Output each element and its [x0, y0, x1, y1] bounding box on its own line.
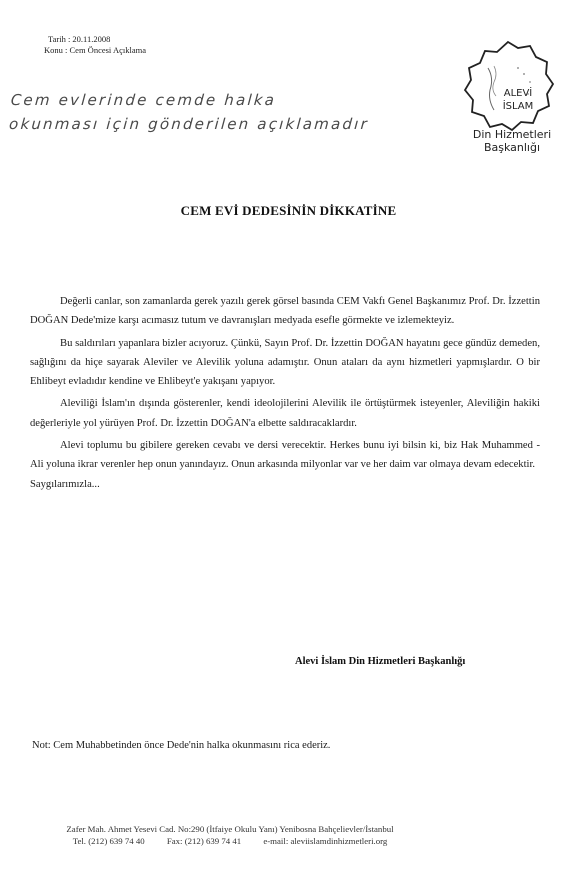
footer-email: e-mail: aleviislamdinhizmetleri.org: [263, 836, 387, 846]
letter-body: Değerli canlar, son zamanlarda gerek yaz…: [30, 292, 540, 497]
closing-line: Saygılarımızla...: [30, 475, 540, 494]
handwritten-line-2: okunması için gönderilen açıklamadır: [8, 112, 369, 136]
date-line: Tarih : 20.11.2008: [44, 34, 146, 45]
footnote: Not: Cem Muhabbetinden önce Dede'nin hal…: [32, 740, 330, 751]
octagonal-seal-icon: ALEVİ İSLAM: [458, 38, 558, 138]
footer-address: Zafer Mah. Ahmet Yesevi Cad. No:290 (İtf…: [20, 823, 440, 835]
footer-fax: Fax: (212) 639 74 41: [167, 836, 241, 846]
handwritten-line-1: Cem evlerinde cemde halka: [10, 88, 371, 112]
logo-caption: Din Hizmetleri Başkanlığı: [462, 128, 562, 154]
logo-caption-line-2: Başkanlığı: [462, 141, 562, 154]
paragraph-1: Değerli canlar, son zamanlarda gerek yaz…: [30, 292, 540, 331]
subject-line: Konu : Cem Öncesi Açıklama: [44, 45, 146, 56]
logo-caption-line-1: Din Hizmetleri: [462, 128, 562, 141]
paragraph-4: Alevi toplumu bu gibilere gereken cevabı…: [30, 436, 540, 475]
footer-tel: Tel. (212) 639 74 40: [73, 836, 145, 846]
svg-text:İSLAM: İSLAM: [503, 99, 534, 112]
handwritten-annotation: Cem evlerinde cemde halka okunması için …: [8, 88, 371, 136]
signature: Alevi İslam Din Hizmetleri Başkanlığı: [295, 656, 465, 667]
letter-title: CEM EVİ DEDESİNİN DİKKATİNE: [0, 203, 577, 219]
paragraph-3: Aleviliği İslam'ın dışında gösterenler, …: [30, 394, 540, 433]
footer-contacts: Tel. (212) 639 74 40 Fax: (212) 639 74 4…: [20, 835, 440, 847]
letter-meta: Tarih : 20.11.2008 Konu : Cem Öncesi Açı…: [44, 34, 146, 56]
letter-footer: Zafer Mah. Ahmet Yesevi Cad. No:290 (İtf…: [20, 823, 440, 847]
paragraph-2: Bu saldırıları yapanlara bizler acıyoruz…: [30, 334, 540, 392]
svg-text:ALEVİ: ALEVİ: [504, 86, 533, 99]
